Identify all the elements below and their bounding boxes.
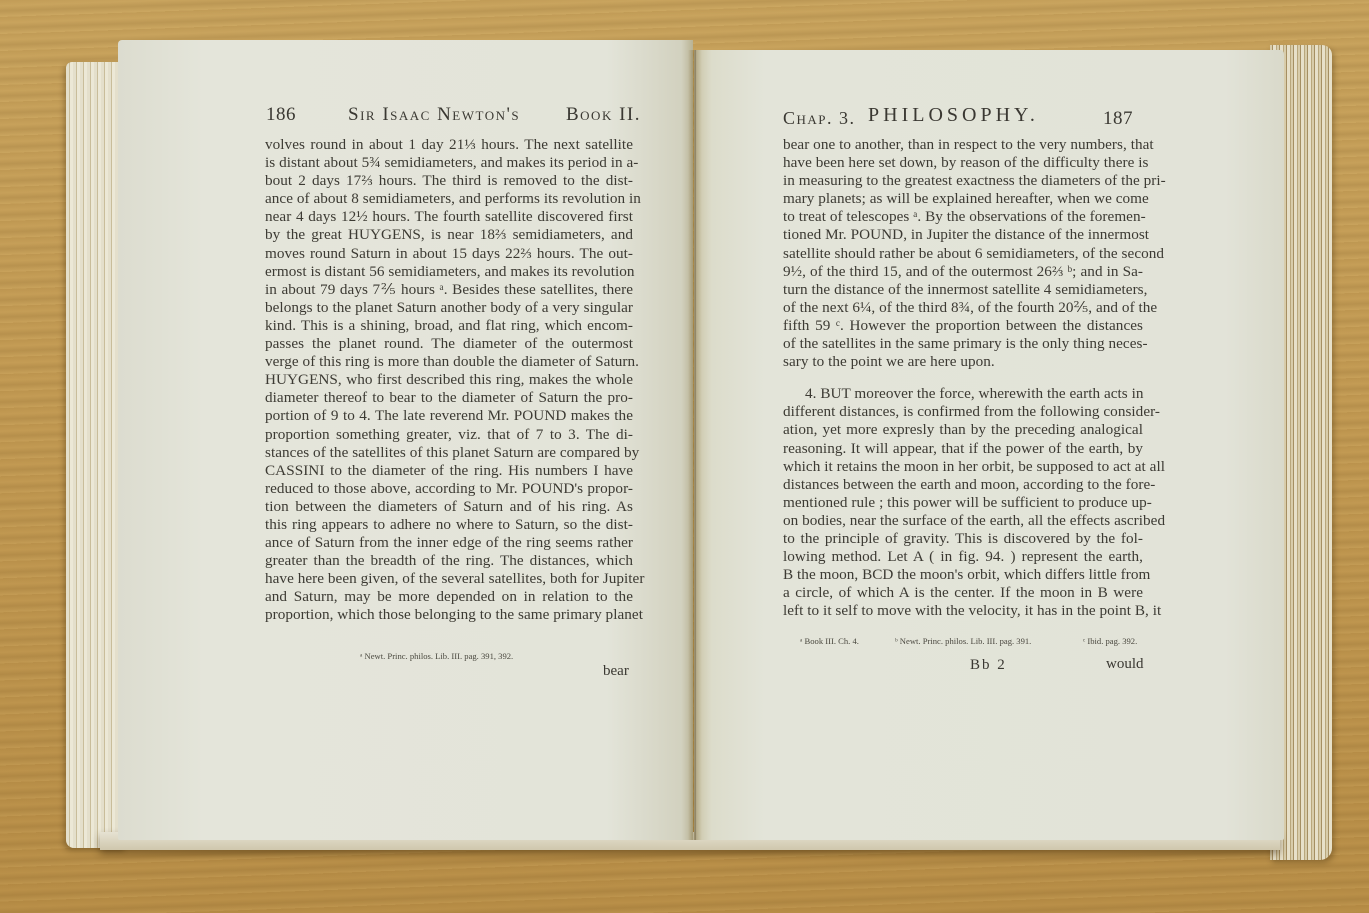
text-line: ation, yet more expresly than by the pre… [783,421,1143,439]
left-catchword: bear [603,663,629,680]
text-line: of the next 6¼, of the third 8¾, of the … [783,299,1143,317]
text-line: satellite should rather be about 6 semid… [783,245,1143,263]
text-line: a circle, of which A is the center. If t… [783,584,1143,602]
text-line: moves round Saturn in about 15 days 22⅔ … [265,245,633,263]
text-line: diameter thereof to bear to the diameter… [265,389,633,407]
text-line: this ring appears to adhere no where to … [265,516,633,534]
text-line: ance of about 8 semidiameters, and perfo… [265,190,633,208]
text-line: HUYGENS, who first described this ring, … [265,371,633,389]
right-footnote-c: ᶜ Ibid. pag. 392. [1083,636,1137,646]
right-running-title: PHILOSOPHY. [868,104,1039,127]
text-line: reasoning. It will appear, that if the p… [783,440,1143,458]
text-line: which it retains the moon in her orbit, … [783,458,1143,476]
text-line: near 4 days 12½ hours. The fourth satell… [265,208,633,226]
left-page-number: 186 [266,104,296,126]
text-line: in measuring to the greatest exactness t… [783,172,1143,190]
left-page-edges [66,62,126,848]
text-line: left to it self to move with the velocit… [783,602,1143,620]
text-line: have been here set down, by reason of th… [783,154,1143,172]
text-line: portion of 9 to 4. The late reverend Mr.… [265,407,633,425]
text-line: greater than the breadth of the ring. Th… [265,552,633,570]
text-line: tion between the diameters of Saturn and… [265,498,633,516]
text-line: turn the distance of the innermost satel… [783,281,1143,299]
text-line: mentioned rule ; this power will be suff… [783,494,1143,512]
left-book-label: Book II. [566,104,641,126]
text-line: 4. BUT moreover the force, wherewith the… [783,385,1143,403]
text-line: ance of Saturn from the inner edge of th… [265,534,633,552]
text-line: belongs to the planet Saturn another bod… [265,299,633,317]
right-footnote-a: ᵃ Book III. Ch. 4. [800,636,859,646]
text-line: bear one to another, than in respect to … [783,136,1143,154]
text-line: to the principle of gravity. This is dis… [783,530,1143,548]
text-line: passes the planet round. The diameter of… [265,335,633,353]
text-line: 9½, of the third 15, and of the outermos… [783,263,1143,281]
text-line: lowing method. Let A ( in fig. 94. ) rep… [783,548,1143,566]
text-line: have here been given, of the several sat… [265,570,633,588]
paragraph-1: bear one to another, than in respect to … [783,136,1143,371]
text-line: fifth 59 ᶜ. However the proportion betwe… [783,317,1143,335]
right-page-number: 187 [1103,108,1133,130]
text-line: different distances, is confirmed from t… [783,403,1143,421]
text-line: on bodies, near the surface of the earth… [783,512,1143,530]
text-line: in about 79 days 7⅖ hours ᵃ. Besides the… [265,281,633,299]
text-line: and Saturn, may be more depended on in r… [265,588,633,606]
text-line: by the great HUYGENS, is near 18⅔ semidi… [265,226,633,244]
text-line: proportion something greater, viz. that … [265,426,633,444]
text-line: verge of this ring is more than double t… [265,353,633,371]
text-line: mary planets; as will be explained herea… [783,190,1143,208]
text-line: kind. This is a shining, broad, and flat… [265,317,633,335]
open-book: 186 Sir Isaac Newton's Book II. volves r… [0,0,1369,913]
left-footnote: ᵃ Newt. Princ. philos. Lib. III. pag. 39… [360,651,513,661]
text-line: stances of the satellites of this planet… [265,444,633,462]
text-line: CASSINI to the diameter of the ring. His… [265,462,633,480]
text-line: proportion, which those belonging to the… [265,606,633,624]
right-catchword: would [1106,656,1144,673]
text-line: reduced to those above, according to Mr.… [265,480,633,498]
book-gutter [688,50,702,840]
text-line: is distant about 5¾ semidiameters, and m… [265,154,633,172]
signature-mark: Bb 2 [970,657,1007,674]
text-line: bout 2 days 17⅔ hours. The third is remo… [265,172,633,190]
text-line: of the satellites in the same primary is… [783,335,1143,353]
text-line: ermost is distant 56 semidiameters, and … [265,263,633,281]
left-page-body: volves round in about 1 day 21⅓ hours. T… [265,136,633,625]
text-line: B the moon, BCD the moon's orbit, which … [783,566,1143,584]
text-line: to treat of telescopes ᵃ. By the observa… [783,208,1143,226]
text-line: volves round in about 1 day 21⅓ hours. T… [265,136,633,154]
text-line: tioned Mr. POUND, in Jupiter the distanc… [783,226,1143,244]
text-line: distances between the earth and moon, ac… [783,476,1143,494]
right-page-body: bear one to another, than in respect to … [783,136,1143,620]
right-chapter-label: Chap. 3. [783,108,856,129]
text-line: sary to the point we are here upon. [783,353,1143,371]
left-running-title: Sir Isaac Newton's [348,104,520,126]
paragraph-gap [783,371,1143,385]
right-footnote-b: ᵇ Newt. Princ. philos. Lib. III. pag. 39… [895,636,1031,646]
paragraph-2: 4. BUT moreover the force, wherewith the… [783,385,1143,620]
